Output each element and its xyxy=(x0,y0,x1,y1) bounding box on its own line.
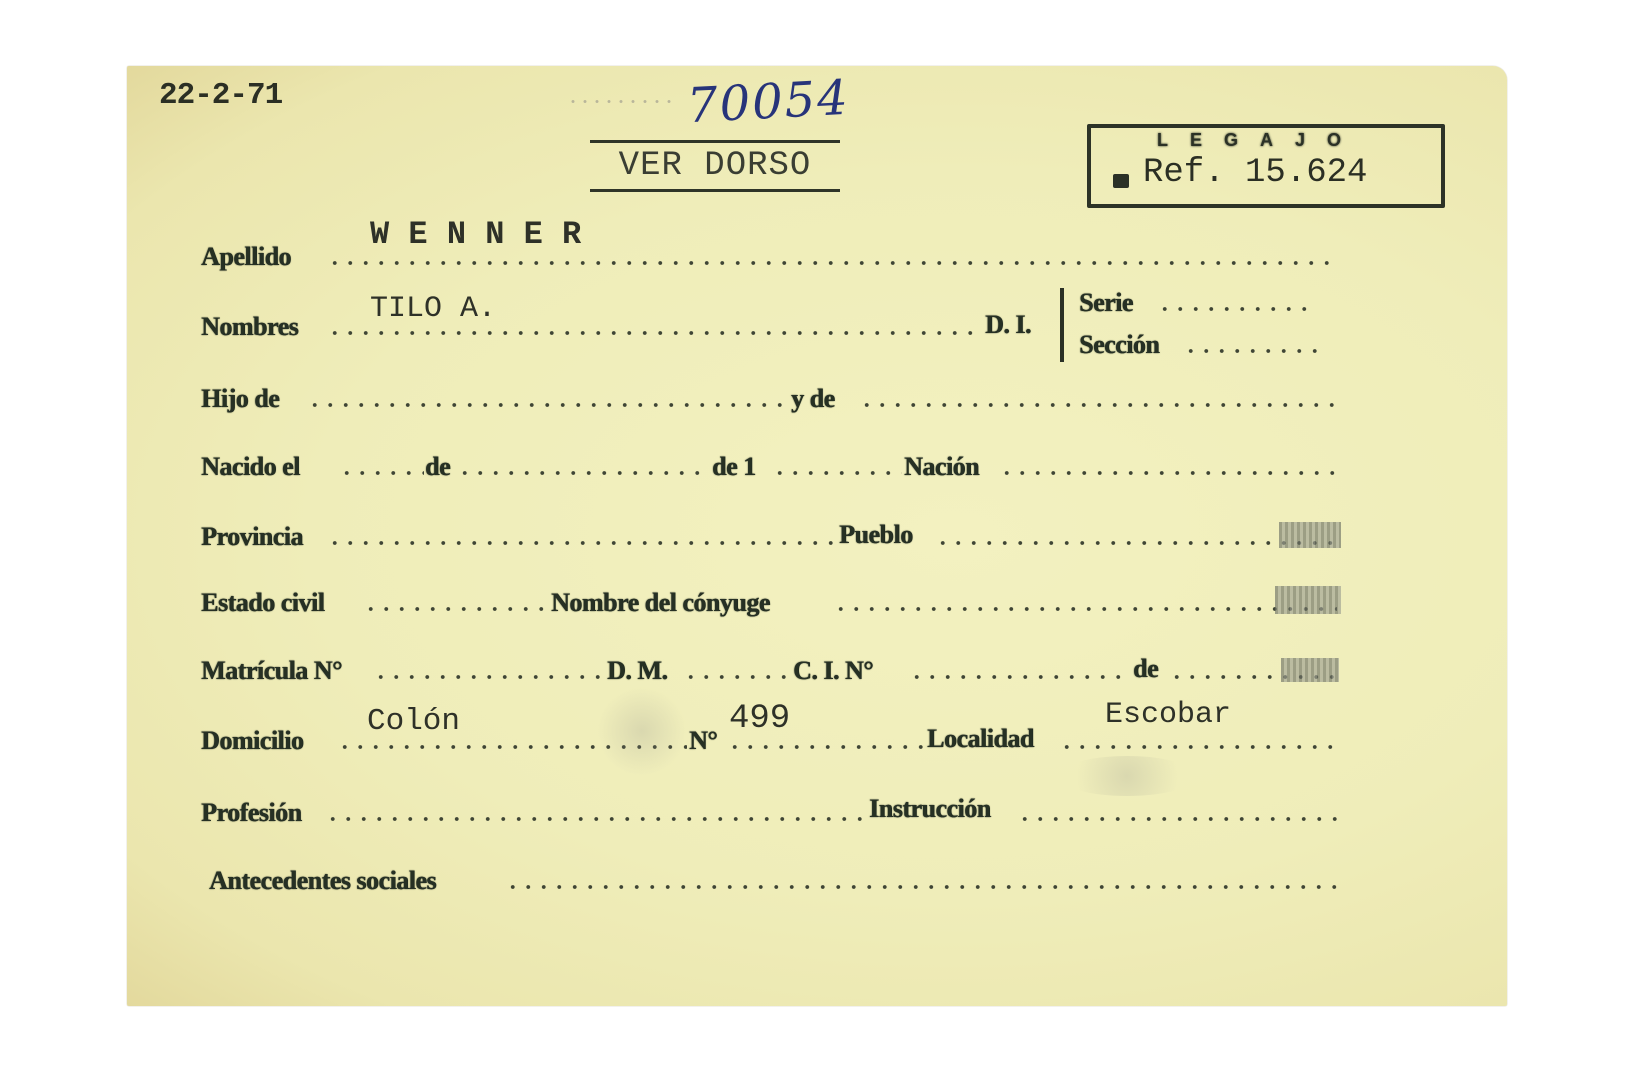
dotted-line-conyuge xyxy=(833,606,1337,612)
dotted-line-dm xyxy=(683,674,791,680)
dotted-line-profesion xyxy=(325,816,865,822)
dotted-line-instruccion xyxy=(1017,816,1337,822)
ver-dorso-label: VER DORSO xyxy=(590,140,840,192)
dotted-line-hijo-de xyxy=(307,402,789,408)
legajo-stamp: LEGAJO Ref. 15.624 xyxy=(1087,124,1445,208)
dotted-line-nacido-dia xyxy=(339,470,424,476)
label-seccion: Sección xyxy=(1079,330,1159,360)
index-card: 22-2-71 70054 VER DORSO LEGAJO Ref. 15.6… xyxy=(127,66,1507,1006)
faint-dashes xyxy=(567,100,677,103)
label-antecedentes: Antecedentes sociales xyxy=(209,866,436,896)
label-nacido-el: Nacido el xyxy=(201,452,300,482)
dotted-line-localidad xyxy=(1059,744,1337,750)
value-localidad: Escobar xyxy=(1105,698,1231,732)
dotted-line-nacion xyxy=(999,470,1337,476)
label-di: D. I. xyxy=(985,310,1031,340)
dotted-line-ci xyxy=(909,674,1131,680)
ink-blot xyxy=(1281,658,1339,682)
dotted-line-y-de xyxy=(859,402,1337,408)
dotted-line-nombres xyxy=(327,330,982,336)
ink-blot xyxy=(1279,522,1341,548)
smudge xyxy=(597,686,687,776)
dotted-line-numero xyxy=(727,744,925,750)
label-hijo-de: Hijo de xyxy=(201,384,279,414)
dotted-line-apellido xyxy=(327,260,1332,266)
label-localidad: Localidad xyxy=(927,724,1034,754)
label-nacido-de: de xyxy=(425,452,450,482)
stamp-mark-icon xyxy=(1113,174,1129,188)
label-provincia: Provincia xyxy=(201,522,303,552)
label-instruccion: Instrucción xyxy=(869,794,991,824)
label-pueblo: Pueblo xyxy=(839,520,913,550)
legajo-stamp-title: LEGAJO xyxy=(1157,130,1363,151)
dotted-line-nacido-mes xyxy=(457,470,709,476)
di-divider xyxy=(1060,288,1064,362)
dotted-line-nacido-anio xyxy=(772,470,902,476)
ver-dorso-text: VER DORSO xyxy=(619,147,812,185)
label-matricula: Matrícula N° xyxy=(201,656,342,686)
label-nacion: Nación xyxy=(904,452,979,482)
smudge xyxy=(1057,756,1197,796)
label-nombre-conyuge: Nombre del cónyuge xyxy=(551,588,770,618)
label-domicilio: Domicilio xyxy=(201,726,303,756)
label-ci-de: de xyxy=(1133,654,1158,684)
value-domicilio: Colón xyxy=(367,704,460,739)
value-nombres: TILO A. xyxy=(370,292,496,326)
label-y-de: y de xyxy=(791,384,835,414)
label-estado-civil: Estado civil xyxy=(201,588,324,618)
label-numero: N° xyxy=(689,726,717,756)
legajo-ref-number: Ref. 15.624 xyxy=(1143,154,1367,192)
label-apellido: Apellido xyxy=(201,242,291,272)
handwritten-file-number: 70054 xyxy=(686,70,851,134)
value-apellido: W E N N E R xyxy=(370,216,581,253)
label-nombres: Nombres xyxy=(201,312,298,342)
dotted-line-seccion xyxy=(1183,348,1318,354)
label-dm: D. M. xyxy=(607,656,667,686)
label-nacido-de1: de 1 xyxy=(712,452,756,482)
dotted-line-matricula xyxy=(373,674,605,680)
dotted-line-pueblo xyxy=(935,540,1337,546)
label-serie: Serie xyxy=(1079,288,1133,318)
label-ci: C. I. N° xyxy=(793,656,873,686)
dotted-line-provincia xyxy=(327,540,837,546)
label-profesion: Profesión xyxy=(201,798,301,828)
dotted-line-antecedentes xyxy=(505,884,1337,890)
dotted-line-serie xyxy=(1157,306,1317,312)
value-numero: 499 xyxy=(729,700,790,738)
dotted-line-estado-civil xyxy=(363,606,549,612)
ink-blot xyxy=(1275,586,1341,614)
card-date: 22-2-71 xyxy=(159,78,282,113)
